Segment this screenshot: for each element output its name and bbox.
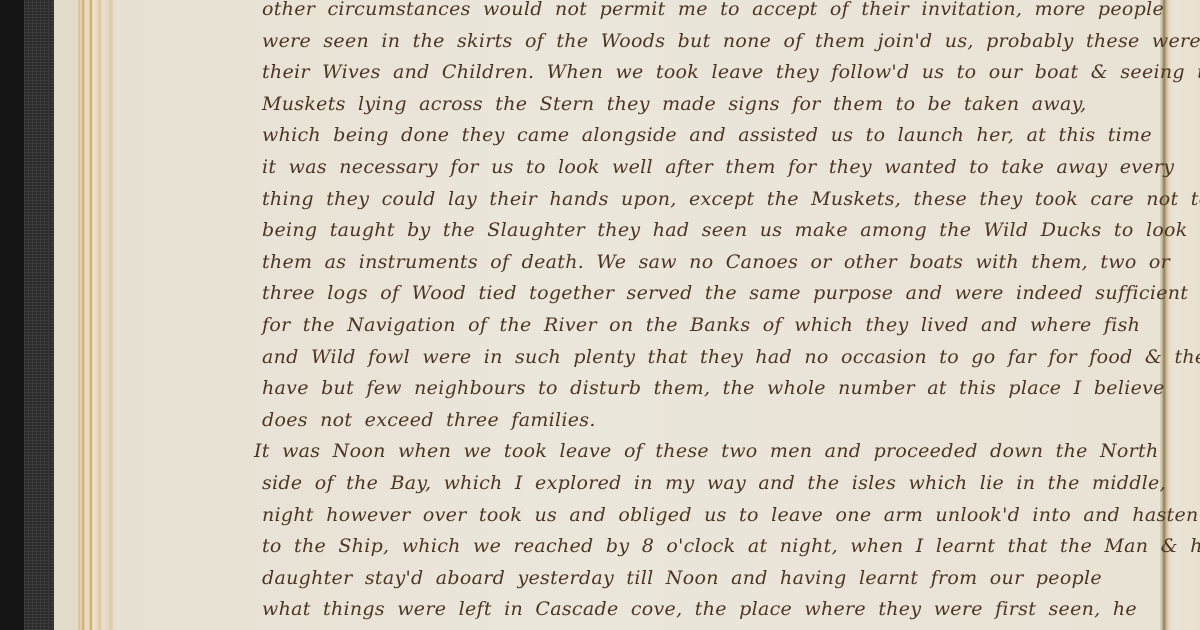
manuscript-scan: other circumstances would not permit me …	[0, 0, 1200, 630]
text-line: other circumstances would not permit me …	[262, 0, 1162, 26]
text-line: side of the Bay, which I explored in my …	[262, 468, 1162, 500]
text-line: which being done they came alongside and…	[262, 120, 1162, 152]
handwritten-text-block: other circumstances would not permit me …	[262, 0, 1162, 626]
text-line: to the Ship, which we reached by 8 o'clo…	[262, 531, 1162, 563]
text-line: have but few neighbours to disturb them,…	[262, 373, 1162, 405]
text-line: what things were left in Cascade cove, t…	[262, 594, 1162, 626]
text-line: thing they could lay their hands upon, e…	[262, 184, 1162, 216]
book-binding-cover	[0, 0, 24, 630]
text-line: Muskets lying across the Stern they made…	[262, 89, 1162, 121]
text-line: being taught by the Slaughter they had s…	[262, 215, 1162, 247]
text-line: them as instruments of death. We saw no …	[262, 247, 1162, 279]
text-line: for the Navigation of the River on the B…	[262, 310, 1162, 342]
text-line: and Wild fowl were in such plenty that t…	[262, 342, 1162, 374]
text-line: does not exceed three families.	[262, 405, 1162, 437]
text-line: daughter stay'd aboard yesterday till No…	[262, 563, 1162, 595]
page-edges-stack	[54, 0, 120, 630]
text-line: three logs of Wood tied together served …	[262, 278, 1162, 310]
text-line: their Wives and Children. When we took l…	[262, 57, 1162, 89]
text-line: were seen in the skirts of the Woods but…	[262, 26, 1162, 58]
text-line: night however over took us and obliged u…	[262, 500, 1162, 532]
paragraph-start-line: It was Noon when we took leave of these …	[254, 436, 1162, 468]
book-binding-cloth	[24, 0, 54, 630]
text-line: it was necessary for us to look well aft…	[262, 152, 1162, 184]
